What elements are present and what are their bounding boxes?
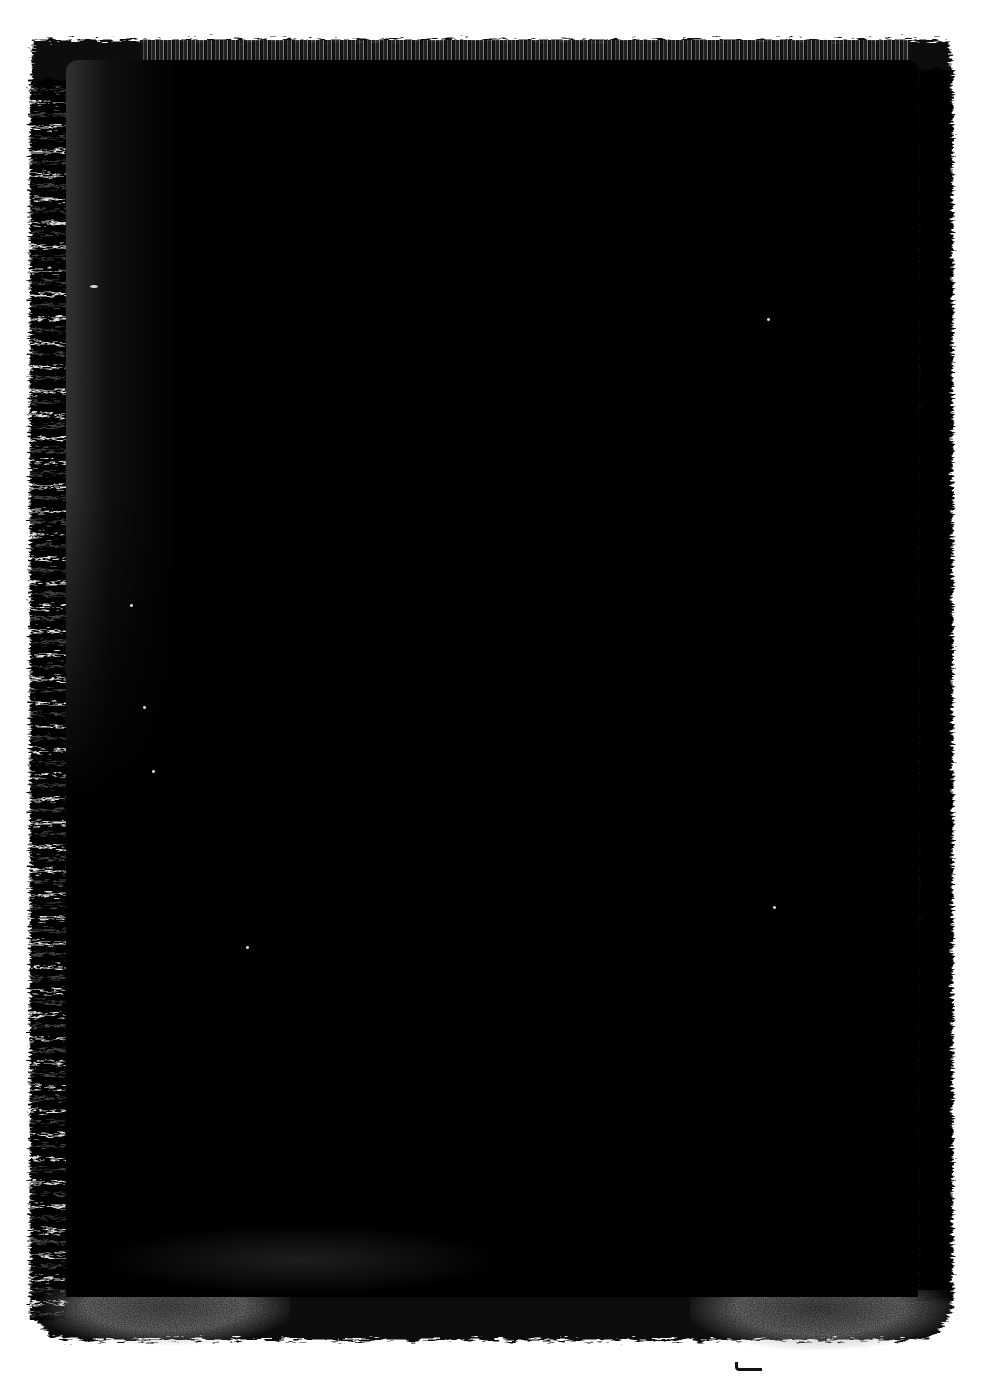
frame-top-distressed-band xyxy=(140,40,910,62)
frame-bottom-right-smudge xyxy=(690,1290,950,1350)
panel-bottom-haze xyxy=(100,1225,500,1295)
film-scratch-mark xyxy=(735,1362,762,1371)
frame-right-distressed-edge xyxy=(918,70,952,1300)
dust-speck xyxy=(143,706,146,709)
dust-speck xyxy=(90,285,98,288)
dust-speck xyxy=(767,318,770,321)
dust-speck xyxy=(773,906,776,909)
black-center-panel xyxy=(66,60,918,1297)
frame-left-distressed-edge xyxy=(30,80,66,1320)
dust-speck xyxy=(130,604,133,607)
dust-speck xyxy=(246,946,249,949)
panel-left-light-leak xyxy=(66,60,176,1297)
dust-speck xyxy=(152,770,155,773)
